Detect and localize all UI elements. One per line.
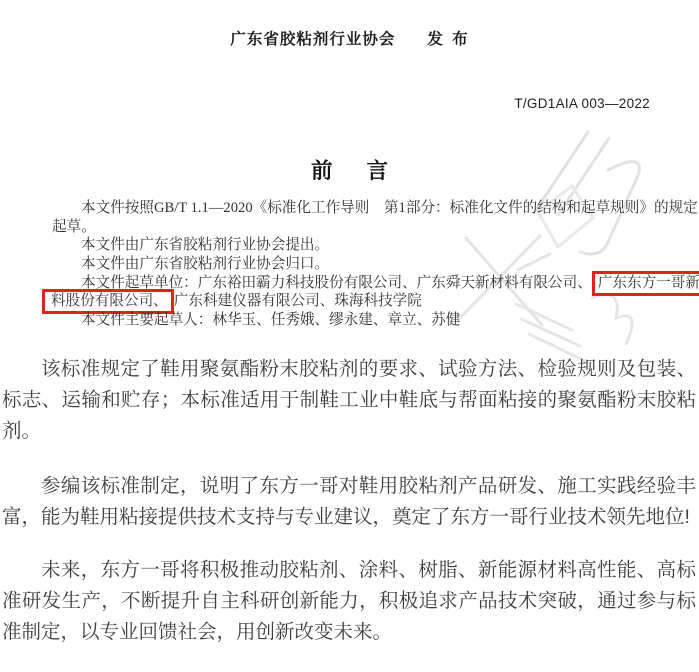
- doc-number: T/GD1AIA 003—2022: [514, 96, 650, 111]
- publisher-line: 广东省胶粘剂行业协会发 布: [0, 27, 699, 49]
- body-paragraph-scope: 该标准规定了鞋用聚氨酯粉末胶粘剂的要求、试验方法、检验规则及包装、标志、运输和贮…: [2, 354, 696, 447]
- release-label: 发 布: [427, 31, 468, 48]
- body-paragraph-participation: 参编该标准制定，说明了东方一哥对鞋用胶粘剂产品研发、施工实践经验丰富，能为鞋用粘…: [2, 471, 696, 533]
- foreword-line-drafting-units-cont: 料股份有限公司、广东科建仪器有限公司、珠海科技学院: [52, 292, 661, 311]
- foreword-line: 本文件由广东省胶粘剂行业协会归口。: [52, 255, 661, 274]
- document-page: 广东省胶粘剂行业协会发 布 T/GD1AIA 003—2022 前言 本文件按照…: [0, 0, 699, 672]
- foreword-title-left: 前: [311, 159, 333, 183]
- highlight-box-company-part1: 广东东方一哥新材: [592, 271, 699, 296]
- body-section: 该标准规定了鞋用聚氨酯粉末胶粘剂的要求、试验方法、检验规则及包装、标志、运输和贮…: [2, 354, 696, 648]
- drafting-units-text: 本文件起草单位：广东裕田霸力科技股份有限公司、广东舜天新材料有限公司、: [81, 275, 592, 291]
- foreword-line: 本文件按照GB/T 1.1—2020《标准化工作导则 第1部分：标准化文件的结构…: [52, 199, 661, 218]
- body-paragraph-future: 未来，东方一哥将积极推动胶粘剂、涂料、树脂、新能源材料高性能、高标准研发生产，不…: [2, 555, 696, 648]
- foreword-title-right: 言: [367, 159, 389, 183]
- foreword-line: 起草。: [52, 218, 661, 237]
- drafting-units-text-cont: 广东科建仪器有限公司、珠海科技学院: [174, 293, 422, 309]
- foreword-title: 前言: [0, 154, 699, 185]
- foreword-section: 本文件按照GB/T 1.1—2020《标准化工作导则 第1部分：标准化文件的结构…: [52, 199, 661, 330]
- publisher-name: 广东省胶粘剂行业协会: [230, 31, 395, 48]
- foreword-line-drafters: 本文件主要起草人：林华玉、任秀娥、缪永建、章立、苏健: [52, 311, 661, 330]
- foreword-line: 本文件由广东省胶粘剂行业协会提出。: [52, 236, 661, 255]
